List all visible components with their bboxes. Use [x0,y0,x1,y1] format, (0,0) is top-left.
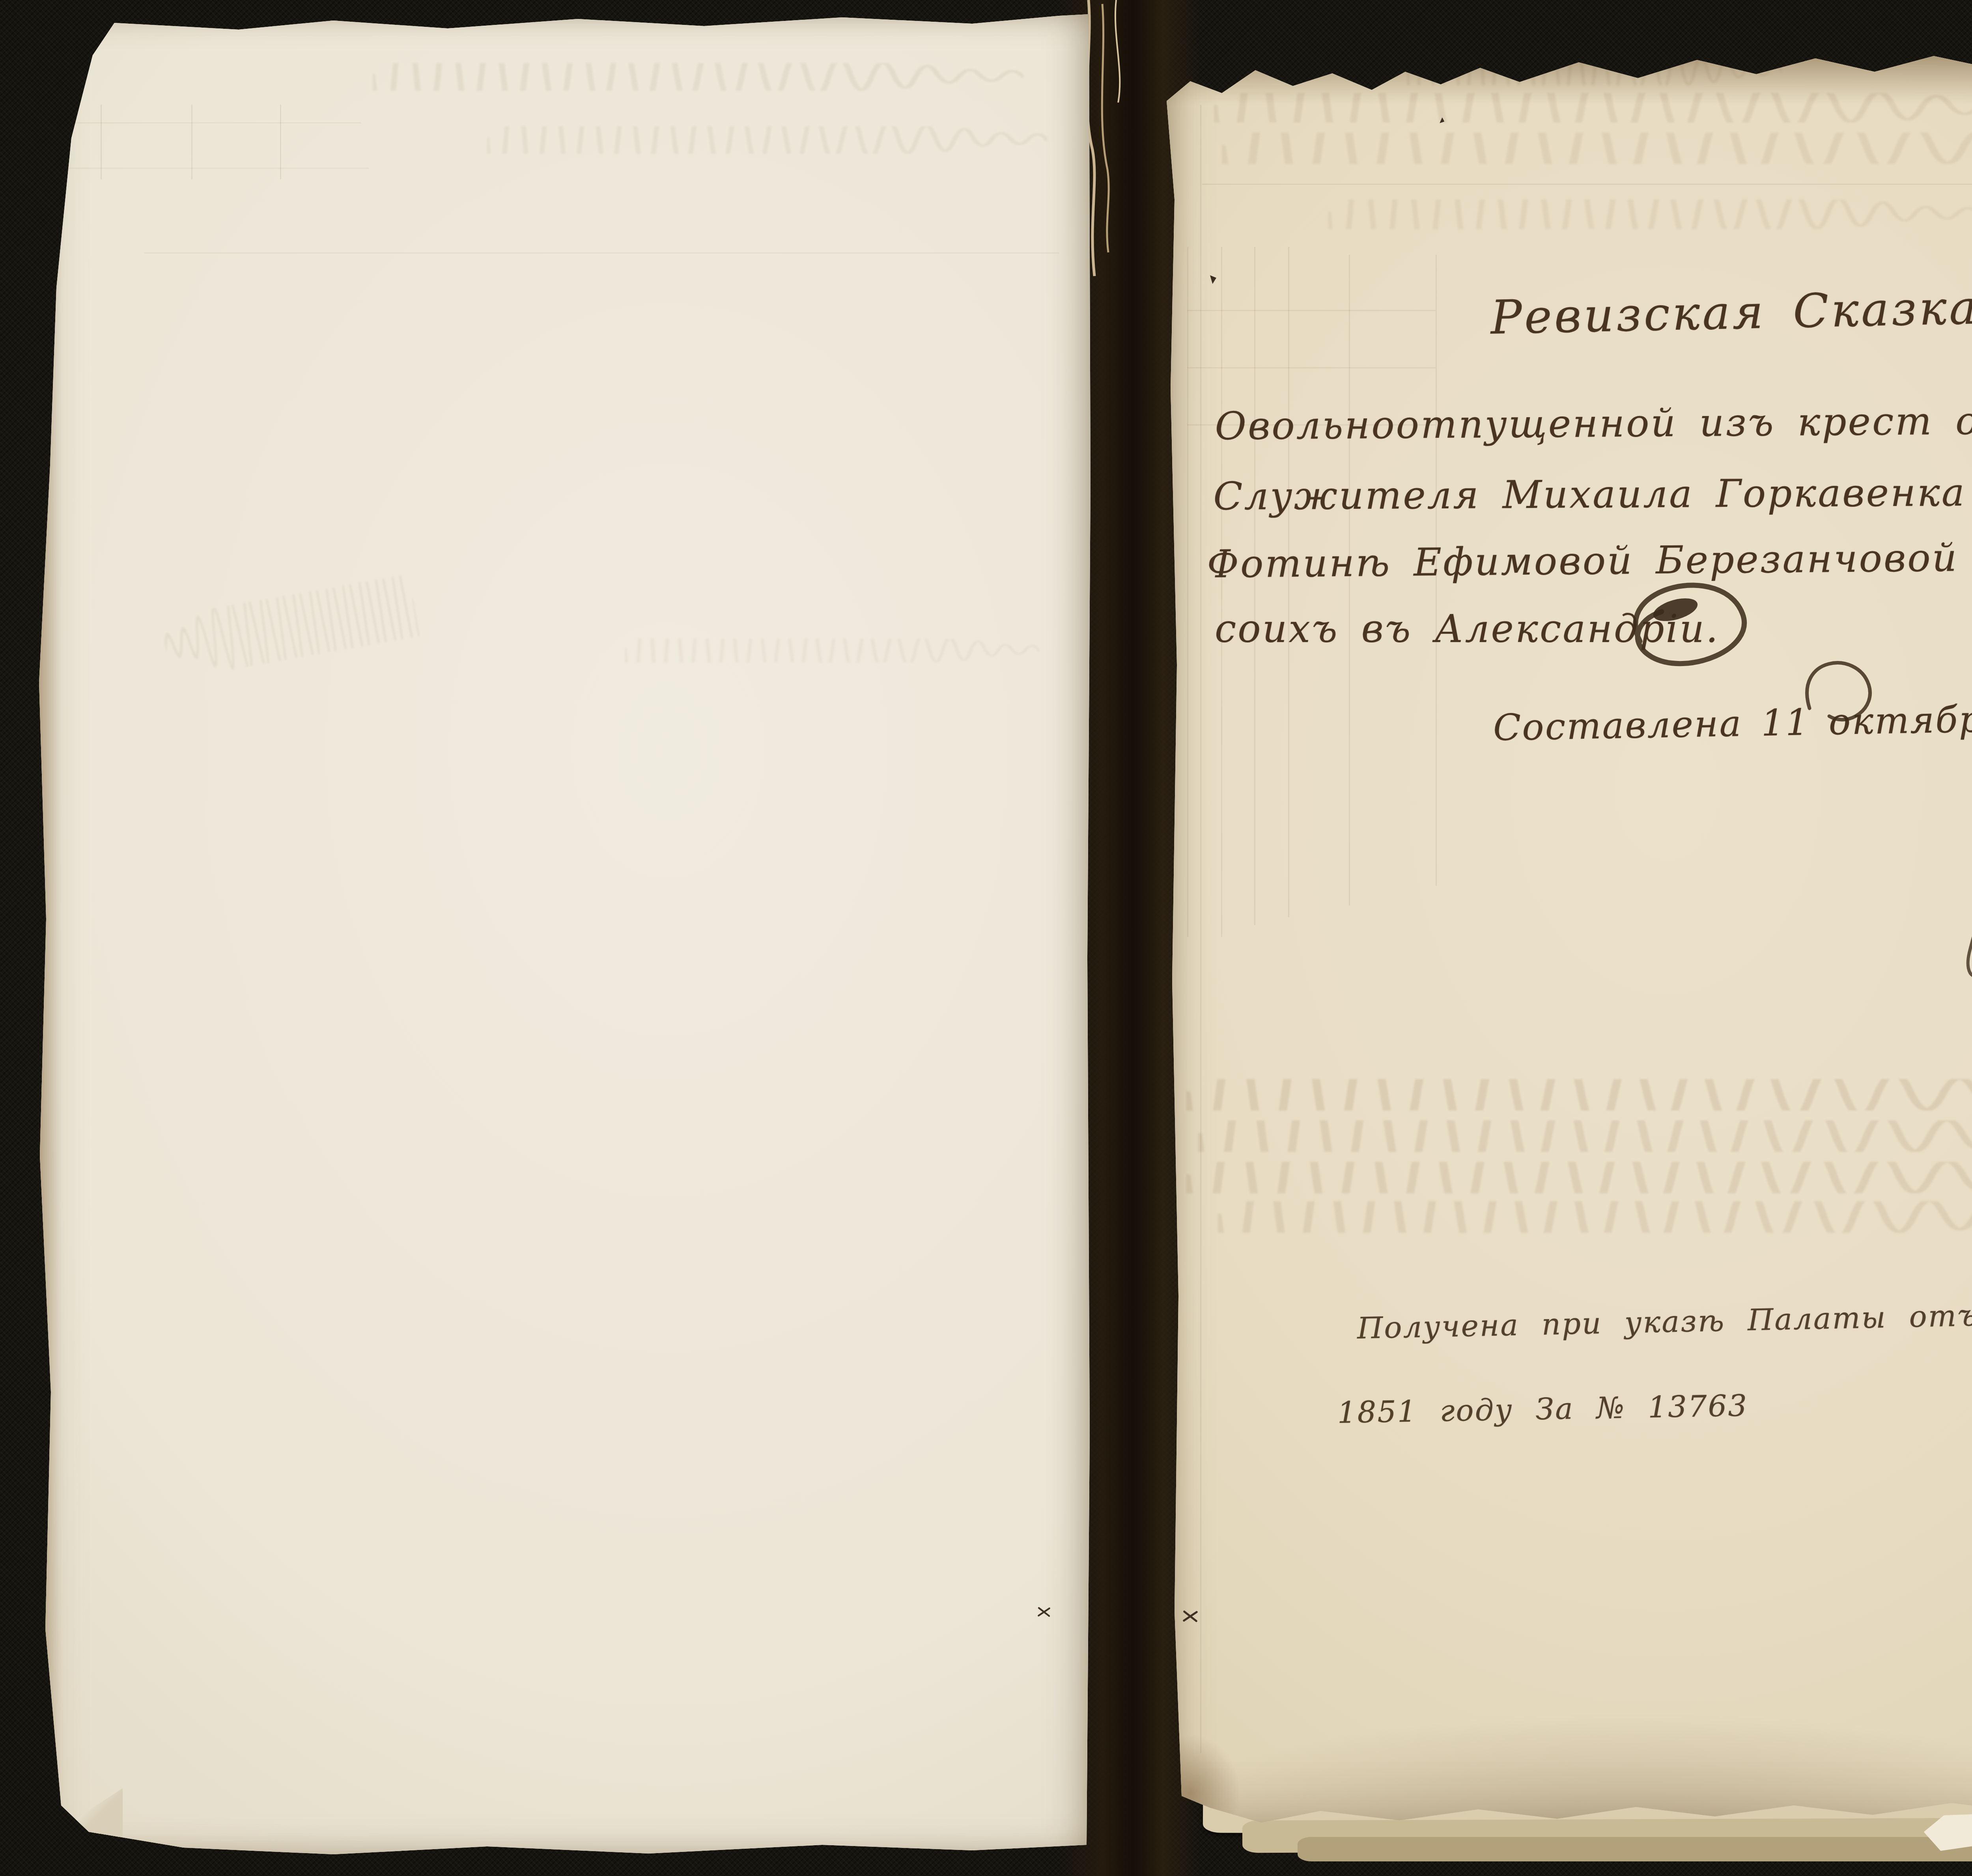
deckle-edge [34,43,61,1826]
bleed-through-script [1328,200,1972,229]
bleed-through-script [373,63,1023,91]
received-note-line: 1851 году За № 13763 [1337,1388,1748,1430]
bleed-through-script [1214,93,1972,123]
archival-scan: 41 43 [0,0,1972,1876]
document-title: Ревизская Сказка [1490,280,1972,345]
bleed-through-script [1218,1201,1972,1233]
bleed-through-line [1254,247,1255,925]
bleed-through-line [191,105,192,179]
bleed-through-script [625,639,1039,663]
bleed-through-script [1186,1162,1972,1193]
crease-line [144,252,1059,254]
crease-line [1200,105,1201,1753]
bleed-through-line [1221,247,1222,937]
bleed-through-line [1187,247,1188,937]
body-line: Служителя Михаила Горкавенка отпущенъ вд… [1213,468,1972,519]
bleed-through-line [101,105,102,179]
bleed-through-script [1186,1079,1972,1111]
bleed-through-line [1187,310,1436,311]
bleed-through-script [1198,1120,1972,1152]
stitch-mark [1182,1607,1199,1625]
bleed-through-line [280,105,281,179]
bleed-through-line [1187,367,1436,368]
ink-speck [1210,275,1216,284]
bleed-through-line [45,122,361,123]
body-line: Овольноотпущенной изъ крест отъ Канцеляр… [1215,396,1972,448]
bleed-through-script [1222,133,1972,164]
edge-stain [1163,1667,1972,1832]
bleed-through-script [160,574,420,680]
ink-flourish [1557,539,1972,1012]
bleed-through-line [45,168,369,169]
page-stack-bottom [1298,1837,1972,1861]
stitch-mark [1036,1604,1051,1619]
left-page-blank [34,12,1091,1857]
bleed-through-script [1407,58,1782,85]
right-page-title-leaf: 41 43 [1163,34,1972,1832]
received-note-line: Получена при указѣ Палаты отъ 5 Сентября [1357,1293,1972,1346]
bleed-through-script [487,126,1047,154]
crease-line [1202,184,1972,185]
